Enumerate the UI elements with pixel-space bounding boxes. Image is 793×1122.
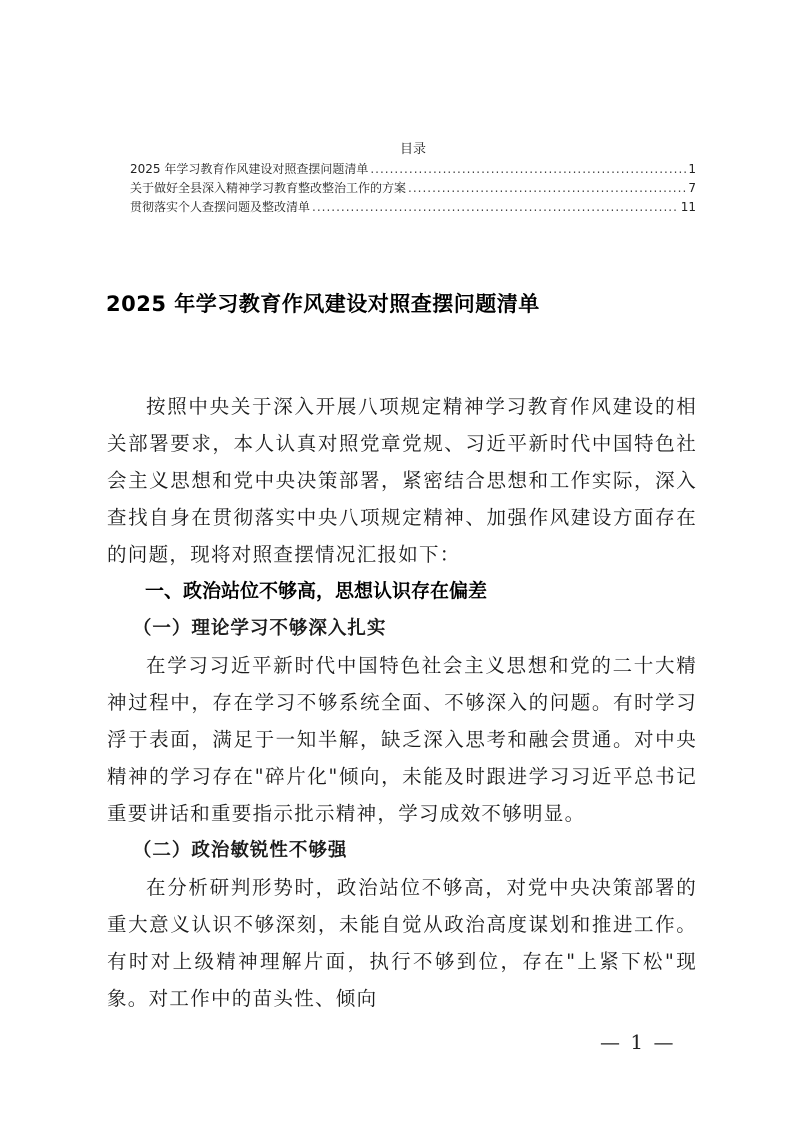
toc-entry-label: 贯彻落实个人查摆问题及整改清单 — [130, 198, 310, 217]
toc-entry-page: 7 — [688, 179, 696, 198]
document-page: 目录 2025 年学习教育作风建设对照查摆问题清单 1 关于做好全县深入精神学习… — [0, 0, 793, 1122]
toc-entry-page: 1 — [688, 160, 696, 179]
document-body: 按照中央关于深入开展八项规定精神学习教育作风建设的相关部署要求，本人认真对照党章… — [107, 388, 697, 1017]
page-number: — 1 — — [600, 1030, 675, 1054]
subsection-paragraph: 在学习习近平新时代中国特色社会主义思想和党的二十大精神过程中，存在学习不够系统全… — [107, 647, 697, 832]
toc-entry-label: 关于做好全县深入精神学习教育整改整治工作的方案 — [130, 179, 406, 198]
subsection-paragraph: 在分析研判形势时，政治站位不够高，对党中央决策部署的重大意义认识不够深刻，未能自… — [107, 869, 697, 1017]
toc-leader-dots — [312, 198, 679, 217]
table-of-contents: 目录 2025 年学习教育作风建设对照查摆问题清单 1 关于做好全县深入精神学习… — [130, 140, 696, 217]
toc-entry-label: 2025 年学习教育作风建设对照查摆问题清单 — [130, 160, 368, 179]
toc-entry-page: 11 — [681, 198, 696, 217]
toc-leader-dots — [408, 179, 686, 198]
toc-entry[interactable]: 关于做好全县深入精神学习教育整改整治工作的方案 7 — [130, 179, 696, 198]
intro-paragraph: 按照中央关于深入开展八项规定精神学习教育作风建设的相关部署要求，本人认真对照党章… — [107, 388, 697, 573]
document-title: 2025 年学习教育作风建设对照查摆问题清单 — [106, 288, 540, 318]
section-heading: 一、政治站位不够高，思想认识存在偏差 — [107, 573, 697, 610]
toc-leader-dots — [370, 160, 686, 179]
toc-entry[interactable]: 2025 年学习教育作风建设对照查摆问题清单 1 — [130, 160, 696, 179]
toc-entry[interactable]: 贯彻落实个人查摆问题及整改清单 11 — [130, 198, 696, 217]
subsection-heading: （二）政治敏锐性不够强 — [107, 832, 697, 869]
subsection-heading: （一）理论学习不够深入扎实 — [107, 610, 697, 647]
toc-title: 目录 — [130, 140, 696, 160]
